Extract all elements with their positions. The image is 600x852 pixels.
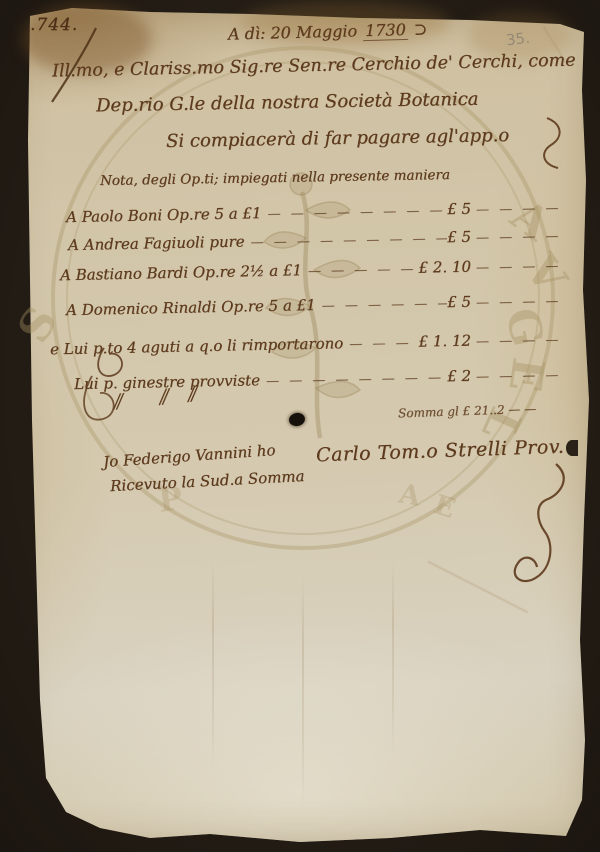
date-flourish: ⊃ <box>414 19 428 38</box>
entry-dashes: — — — — <box>343 336 419 353</box>
entry-trailing-dashes: — — — — — <box>476 294 558 311</box>
entry-trailing-dashes: — — — — — <box>476 201 558 218</box>
entry-dashes: — — — — — — — <box>302 262 419 279</box>
date-year: 1730 <box>363 20 408 41</box>
entry-trailing-dashes: — — — — — <box>476 333 558 350</box>
entry-trailing-dashes: — — — — — <box>476 229 558 246</box>
entry-amount: £ 5 <box>447 293 476 312</box>
folio-number: 35. <box>505 29 531 50</box>
paper-crease <box>392 562 394 757</box>
photo-background: A V G E L S P A E .744. A dì: 20 Maggio … <box>0 0 600 852</box>
entry-dashes: — — — — — — — <box>316 296 448 314</box>
entry-trailing-dashes: — — — — — <box>476 368 558 385</box>
entry-description: A Andrea Fagiuoli pure <box>68 232 245 254</box>
date-prefix: A dì: 20 Maggio <box>228 21 358 43</box>
paper-crease <box>302 575 304 810</box>
edge-tear-mark <box>566 440 578 456</box>
entry-amount: £ 2. 10 <box>418 258 476 277</box>
entry-trailing-dashes: — — — — — <box>476 259 558 276</box>
paper-crease <box>212 560 214 770</box>
entry-amount: £ 5 <box>447 200 476 219</box>
entry-amount: £ 5 <box>447 228 476 247</box>
entry-amount: £ 1. 12 <box>418 331 476 350</box>
archival-number: .744. <box>30 15 78 35</box>
entry-amount: £ 2 <box>447 367 476 386</box>
